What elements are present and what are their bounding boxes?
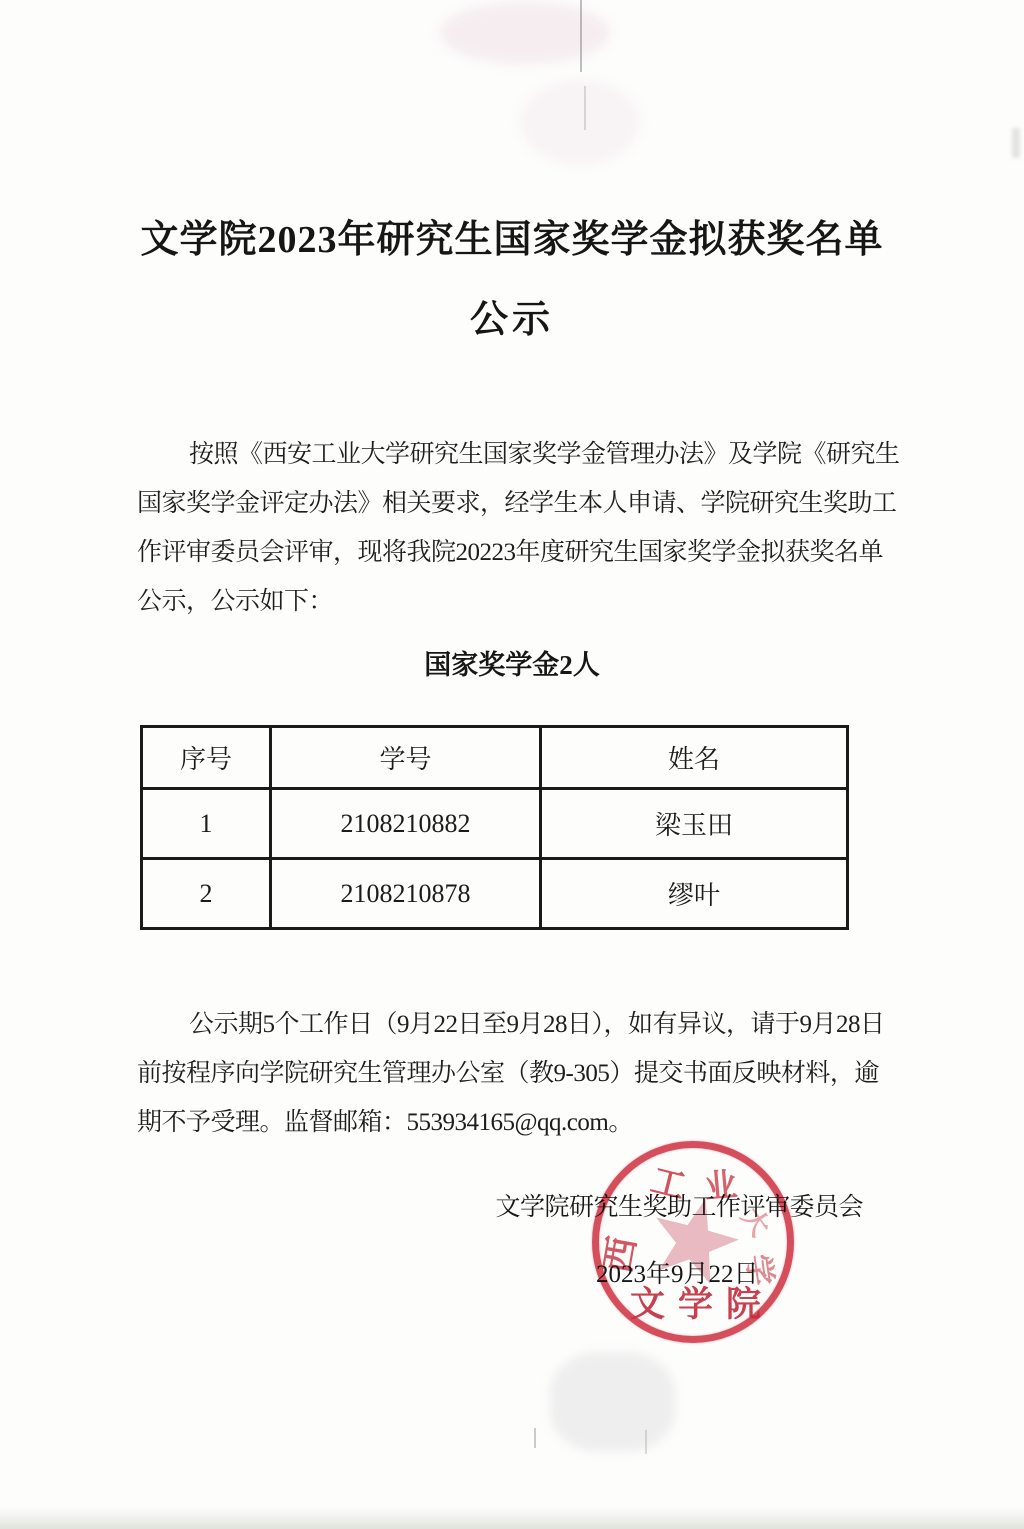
table-cell: 2108210882 xyxy=(271,789,541,859)
table-cell: 缪叶 xyxy=(541,859,848,929)
table-cell: 梁玉田 xyxy=(541,789,848,859)
text-line: 按照《西安工业大学研究生国家奖学金管理办法》及学院《研究生 xyxy=(137,430,894,479)
text-line: 作评审委员会评审，现将我院20223年度研究生国家奖学金拟获奖名单 xyxy=(137,528,894,577)
scan-smudge xyxy=(440,2,610,64)
text-line: 国家奖学金评定办法》相关要求，经学生本人申请、学院研究生奖助工 xyxy=(137,479,894,528)
table-cell: 2108210878 xyxy=(271,859,541,929)
awardees-table: 序号学号姓名 12108210882梁玉田22108210878缪叶 xyxy=(140,725,849,930)
table-header-row: 序号学号姓名 xyxy=(142,727,848,789)
scanned-document-page: { "title": { "line1": "文学院2023年研究生国家奖学金拟… xyxy=(0,0,1024,1529)
table-header-cell: 序号 xyxy=(142,727,271,789)
award-count-caption: 国家奖学金2人 xyxy=(0,645,1024,685)
scan-hairline xyxy=(580,0,582,72)
table-header-cell: 姓名 xyxy=(541,727,848,789)
table-cell: 2 xyxy=(142,859,271,929)
intro-paragraph: 按照《西安工业大学研究生国家奖学金管理办法》及学院《研究生国家奖学金评定办法》相… xyxy=(137,430,894,626)
stamp-ring xyxy=(592,1141,794,1343)
scan-bottom-shadow xyxy=(0,1507,1024,1529)
committee-signature: 文学院研究生奖助工作评审委员会 xyxy=(495,1192,863,1224)
table-row: 12108210882梁玉田 xyxy=(142,789,848,859)
table-cell: 1 xyxy=(142,789,271,859)
official-seal-stamp: 工 业 西 大 学 文学院 xyxy=(592,1141,794,1343)
table-header-cell: 学号 xyxy=(271,727,541,789)
text-line: 公示，公示如下： xyxy=(137,577,894,626)
text-line: 前按程序向学院研究生管理办公室（教9-305）提交书面反映材料，逾 xyxy=(137,1049,894,1098)
scan-hairline xyxy=(534,1428,536,1448)
signature-date: 2023年9月22日 xyxy=(596,1258,759,1292)
document-title-line1: 文学院2023年研究生国家奖学金拟获奖名单 xyxy=(0,216,1024,264)
awardees-table-body: 12108210882梁玉田22108210878缪叶 xyxy=(142,789,848,929)
table-row: 22108210878缪叶 xyxy=(142,859,848,929)
scan-hairline xyxy=(584,86,586,130)
text-line: 公示期5个工作日（9月22日至9月28日），如有异议，请于9月28日 xyxy=(137,1000,894,1049)
scan-ghost-smudge xyxy=(550,1352,675,1452)
text-line: 期不予受理。监督邮箱：553934165@qq.com。 xyxy=(137,1098,894,1147)
awardees-table-head: 序号学号姓名 xyxy=(142,727,848,789)
scan-smudge xyxy=(520,80,640,165)
document-title-line2: 公示 xyxy=(0,298,1024,342)
notice-paragraph: 公示期5个工作日（9月22日至9月28日），如有异议，请于9月28日前按程序向学… xyxy=(137,1000,894,1147)
scan-edge-mark xyxy=(1012,128,1020,158)
